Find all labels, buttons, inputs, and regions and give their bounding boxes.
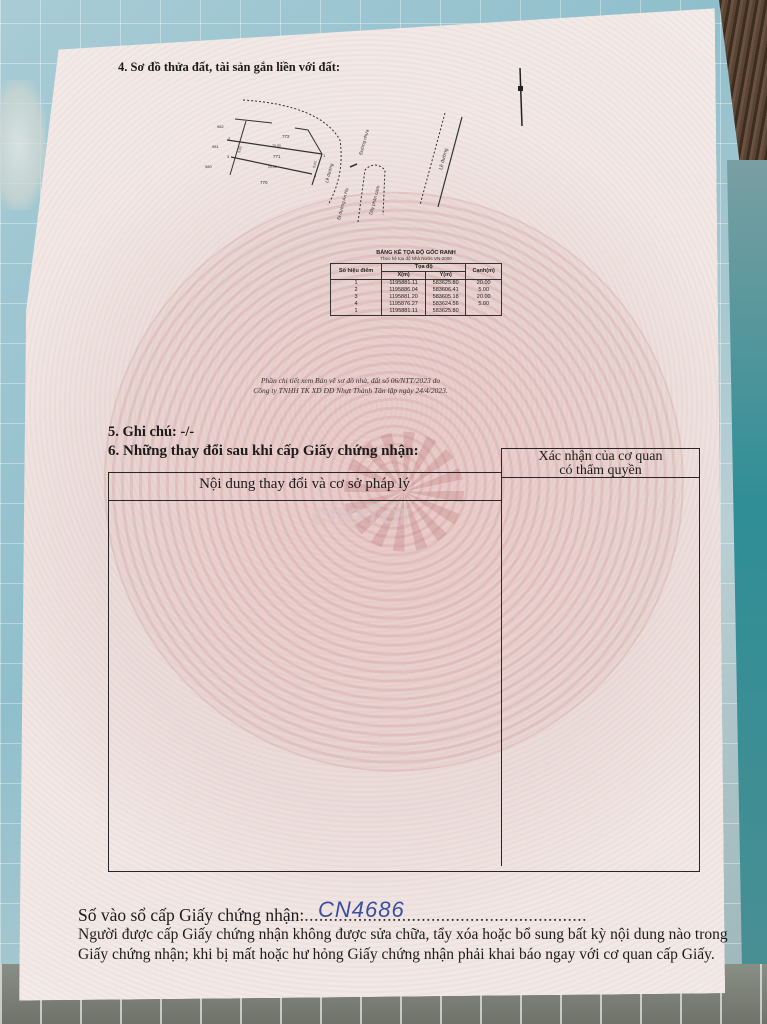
warning-line-2: Giấy chứng nhận; khi bị mất hoặc hư hỏng…: [78, 945, 748, 965]
coord-cell-edge: 5.00: [466, 287, 502, 294]
coord-cell-y: 583625.80: [425, 280, 465, 288]
registration-number-handwritten: CN4686: [318, 897, 405, 923]
coord-cell-edge: 20.00: [466, 280, 502, 288]
coord-cell-y: 583625.80: [425, 308, 465, 316]
note-line-2: Công ty TNHH TK XD ĐĐ Nhựt Thành Tân lập…: [218, 386, 483, 396]
header-change-content: Nội dung thay đổi và cơ sở pháp lý: [108, 476, 501, 493]
section-4-title: 4. Sơ đồ thửa đất, tài sản gắn liền với …: [118, 60, 340, 75]
road-label-an-ha: Đi đường An Hạ: [336, 187, 349, 220]
holder-warning-text: Người được cấp Giấy chứng nhận không đượ…: [78, 925, 748, 965]
parcel-981: 981: [212, 144, 219, 149]
drawing-reference-note: Phần chi tiết xem Bản vẽ sơ đồ nhà, đất …: [218, 376, 483, 396]
coord-table: Số hiệu điểm Tọa độ Cạnh(m) X(m) Y(m) 11…: [330, 263, 502, 316]
land-plot-diagram: 772 771 770 982 981 980 20.00 20.00 5.00…: [200, 95, 500, 240]
edge-label-top: 20.00: [272, 144, 281, 148]
road-label-le-duong-2: Lề đường: [438, 148, 450, 171]
coord-cell-point: 1: [331, 280, 382, 288]
chotot-watermark: chợTốt: [312, 498, 408, 532]
road-label-le-duong-1: Lề đường: [324, 162, 334, 183]
header-authority-confirmation: Xác nhận của cơ quan có thẩm quyền: [501, 450, 700, 478]
coord-cell-x: 1195881.11: [382, 308, 426, 316]
header-y: Y(m): [425, 272, 465, 280]
coord-cell-x: 1195886.04: [382, 287, 426, 294]
parcel-770: 770: [260, 180, 268, 185]
coord-cell-x: 1195881.20: [382, 294, 426, 301]
coord-cell-point: 1: [331, 308, 382, 316]
coord-cell-x: 1195881.11: [382, 280, 426, 288]
coord-row: 11195881.11583625.80: [331, 308, 502, 316]
coord-cell-edge: 20.00: [466, 294, 502, 301]
coord-cell-y: 583606.41: [425, 287, 465, 294]
coord-row: 11195881.11583625.8020.00: [331, 280, 502, 288]
header-coords: Tọa độ: [382, 264, 466, 272]
emboss-seal: [0, 80, 46, 210]
header-x: X(m): [382, 272, 426, 280]
edge-label-bottom: 20.00: [268, 165, 277, 169]
warning-line-1: Người được cấp Giấy chứng nhận không đượ…: [78, 925, 748, 945]
coord-row: 41195876.27583624.565.00: [331, 301, 502, 308]
coord-cell-edge: 5.00: [466, 301, 502, 308]
header-edge: Cạnh(m): [466, 264, 502, 280]
corner-coordinate-table: BẢNG KÊ TỌA ĐỘ GÓC RANH Theo hệ tọa độ N…: [330, 250, 502, 316]
coord-cell-point: 3: [331, 294, 382, 301]
authority-column: [501, 448, 700, 866]
road-label-duong-nhua: Đường nhựa: [358, 128, 370, 155]
plot-diagram-svg: 772 771 770 982 981 980 20.00 20.00 5.00…: [200, 95, 500, 240]
section-5-notes: 5. Ghi chú: -/-: [108, 424, 194, 441]
coord-cell-x: 1195876.27: [382, 301, 426, 308]
registration-label: Số vào sổ cấp Giấy chứng nhận:: [78, 905, 304, 925]
note-line-1: Phần chi tiết xem Bản vẽ sơ đồ nhà, đất …: [218, 376, 483, 386]
parcel-982: 982: [217, 124, 224, 129]
road-label-day-phan-cach: Dãy phân cách: [368, 184, 381, 215]
registration-number-line: Số vào sổ cấp Giấy chứng nhận:..........…: [78, 905, 587, 926]
header-point: Số hiệu điểm: [331, 264, 382, 280]
vertex-3: 3: [227, 154, 230, 159]
coord-row: 21195886.04583606.415.00: [331, 287, 502, 294]
north-arrow-icon: [514, 68, 528, 126]
edge-label-right: 5.00: [312, 161, 318, 169]
parcel-772: 772: [282, 134, 290, 139]
coord-table-subtitle: Theo hệ tọa độ Nhà Nước VN-2000: [330, 256, 502, 261]
coord-cell-y: 583624.56: [425, 301, 465, 308]
coord-row: 31195881.20583605.1820.00: [331, 294, 502, 301]
coord-cell-point: 4: [331, 301, 382, 308]
coord-cell-y: 583605.18: [425, 294, 465, 301]
coord-cell-edge: [466, 308, 502, 316]
vertex-1: 1: [323, 153, 326, 158]
coord-cell-point: 2: [331, 287, 382, 294]
parcel-771: 771: [273, 154, 281, 159]
parcel-980: 980: [205, 164, 212, 169]
edge-label-left: 5.00: [237, 146, 243, 154]
vertex-4: 4: [314, 173, 317, 178]
section-6-title: 6. Những thay đổi sau khi cấp Giấy chứng…: [108, 443, 419, 460]
